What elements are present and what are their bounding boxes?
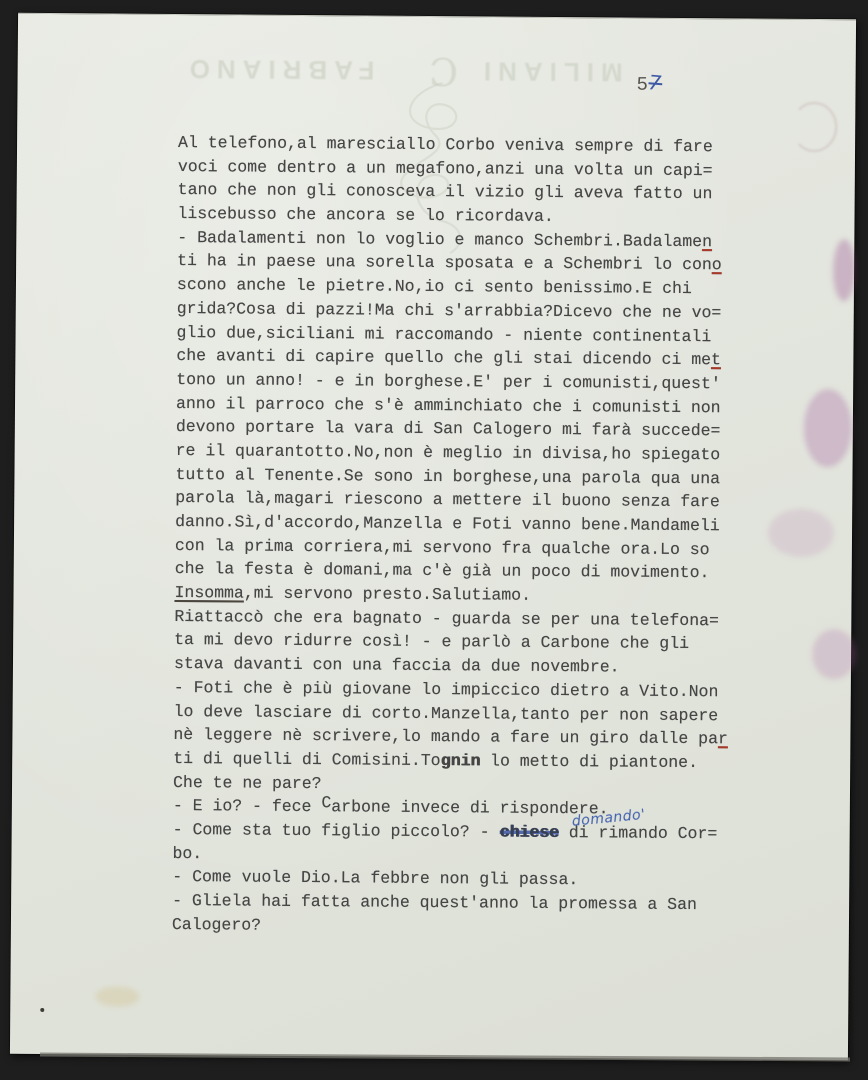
watermark-word-miliani: MILIANI — [477, 56, 623, 88]
watermark-word-fabriano: FABRIANO — [183, 54, 375, 87]
paper-speck — [40, 1008, 44, 1012]
ink-smudge — [833, 239, 855, 301]
typed-line: Calogero? — [172, 913, 752, 941]
ink-smudge — [804, 389, 853, 467]
scan-background: { "page": { "number_typed": "5", "number… — [0, 0, 868, 1080]
paper-stain — [95, 986, 139, 1006]
typed-line: - Come sta tuo figlio piccolo? - chiese … — [173, 818, 753, 846]
watermark-emblem-c: C — [429, 49, 458, 93]
page-number: 57 — [636, 71, 662, 96]
typed-text-block: Al telefono,al maresciallo Corbo veniva … — [172, 131, 758, 941]
watermark-rotated: MILIANI C FABRIANO — [182, 39, 622, 102]
ink-smudge — [768, 509, 834, 558]
ink-smudge — [812, 629, 856, 679]
paper-page: MILIANI C FABRIANO 57 Al telefono,al mar… — [10, 13, 856, 1061]
faint-ring-stain — [791, 102, 837, 152]
page-number-handwritten-7: 7 — [648, 70, 664, 95]
